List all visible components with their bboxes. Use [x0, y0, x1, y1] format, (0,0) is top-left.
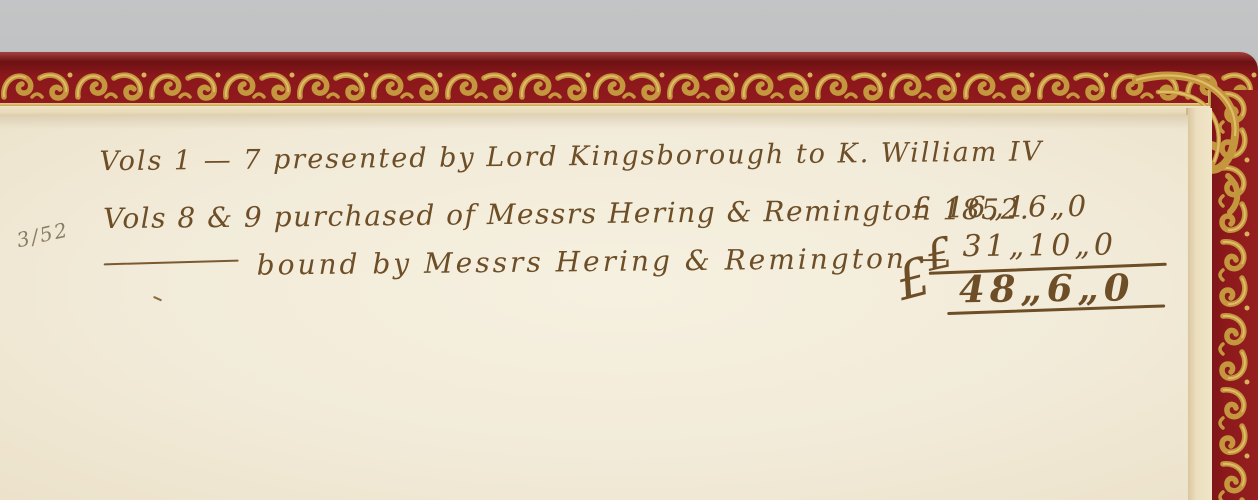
small-ink-tick [153, 296, 162, 302]
inscription-line-2: Vols 8 & 9 purchased of Messrs Hering & … [103, 192, 1030, 235]
inscription-line-2-amount: £ 16„16„0 [912, 189, 1089, 225]
total-amount: 48„6„0 [959, 265, 1135, 311]
pencil-shelfmark: 3/52 [14, 217, 71, 252]
handwritten-inscription: 3/52 Vols 1 — 7 presented by Lord Kingsb… [0, 0, 1258, 500]
subtotal-amount: 31„10„0 [962, 228, 1117, 265]
dash-under-vols [104, 260, 239, 266]
book-photograph: 3/52 Vols 1 — 7 presented by Lord Kingsb… [0, 0, 1258, 500]
inscription-line-1: Vols 1 — 7 presented by Lord Kingsboroug… [99, 136, 1043, 177]
inscription-line-3: bound by Messrs Hering & Remington — [257, 241, 950, 281]
